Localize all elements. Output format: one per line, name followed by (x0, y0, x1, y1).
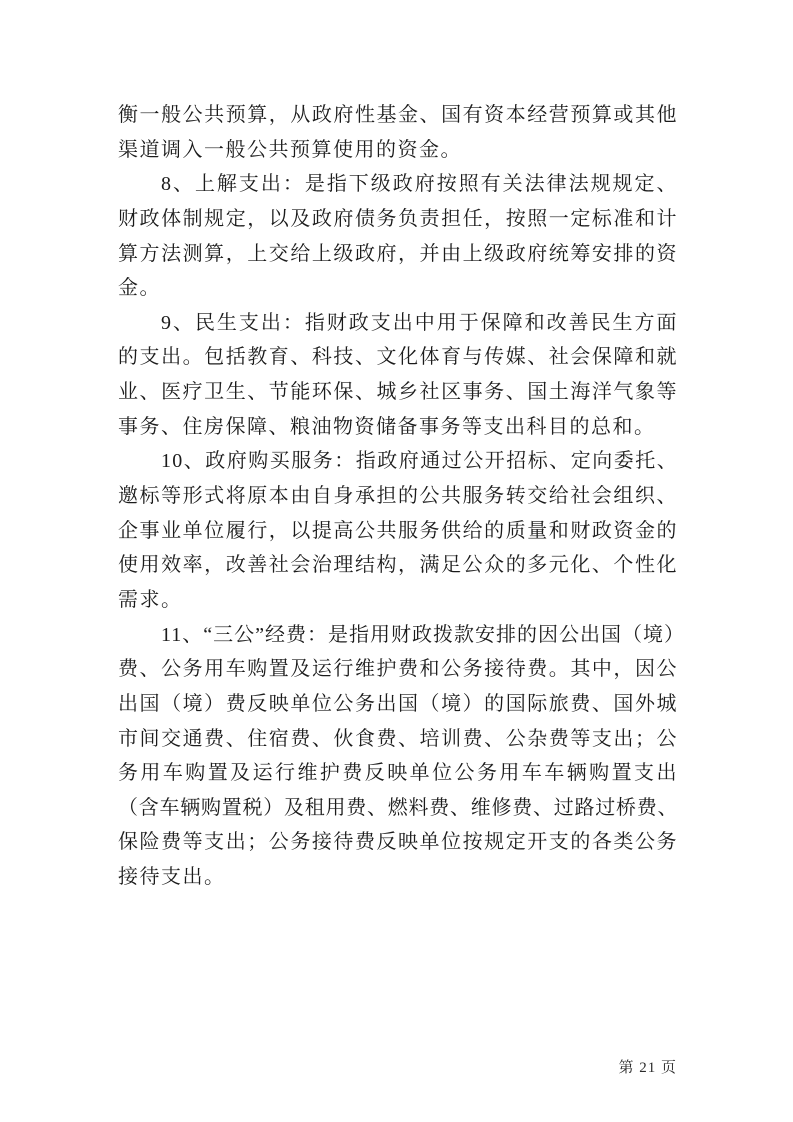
document-page: 衡一般公共预算，从政府性基金、国有资本经营预算或其他渠道调入一般公共预算使用的资… (0, 0, 793, 1122)
text-line: 出国（境）费反映单位公务出国（境）的国际旅费、国外城 (118, 687, 678, 722)
page-number: 第 21 页 (618, 1060, 677, 1076)
text-line: 的支出。包括教育、科技、文化体育与传媒、社会保障和就 (118, 340, 678, 375)
text-line: 10、政府购买服务：指政府通过公开招标、定向委托、 (118, 444, 678, 479)
text-line: 事务、住房保障、粮油物资储备事务等支出科目的总和。 (118, 410, 678, 445)
text-line: 业、医疗卫生、节能环保、城乡社区事务、国土海洋气象等 (118, 375, 678, 410)
text-line: 企事业单位履行，以提高公共服务供给的质量和财政资金的 (118, 514, 678, 549)
text-line: （含车辆购置税）及租用费、燃料费、维修费、过路过桥费、 (118, 791, 678, 826)
page-footer: 第 21 页 (599, 1039, 677, 1094)
text-line: 市间交通费、住宿费、伙食费、培训费、公杂费等支出；公 (118, 722, 678, 757)
text-line: 需求。 (118, 583, 678, 618)
text-line: 算方法测算，上交给上级政府，并由上级政府统筹安排的资 (118, 237, 678, 272)
text-line: 金。 (118, 271, 678, 306)
document-body: 衡一般公共预算，从政府性基金、国有资本经营预算或其他渠道调入一般公共预算使用的资… (118, 98, 678, 895)
text-line: 使用效率，改善社会治理结构，满足公众的多元化、个性化 (118, 548, 678, 583)
text-line: 衡一般公共预算，从政府性基金、国有资本经营预算或其他 (118, 98, 678, 133)
text-line: 渠道调入一般公共预算使用的资金。 (118, 133, 678, 168)
text-line: 保险费等支出；公务接待费反映单位按规定开支的各类公务 (118, 825, 678, 860)
text-line: 9、民生支出：指财政支出中用于保障和改善民生方面 (118, 306, 678, 341)
text-line: 费、公务用车购置及运行维护费和公务接待费。其中，因公 (118, 652, 678, 687)
text-line: 11、“三公”经费：是指用财政拨款安排的因公出国（境） (118, 618, 678, 653)
text-line: 邀标等形式将原本由自身承担的公共服务转交给社会组织、 (118, 479, 678, 514)
text-line: 务用车购置及运行维护费反映单位公务用车车辆购置支出 (118, 756, 678, 791)
text-line: 财政体制规定，以及政府债务负责担任，按照一定标准和计 (118, 202, 678, 237)
text-line: 8、上解支出：是指下级政府按照有关法律法规规定、 (118, 167, 678, 202)
text-line: 接待支出。 (118, 860, 678, 895)
